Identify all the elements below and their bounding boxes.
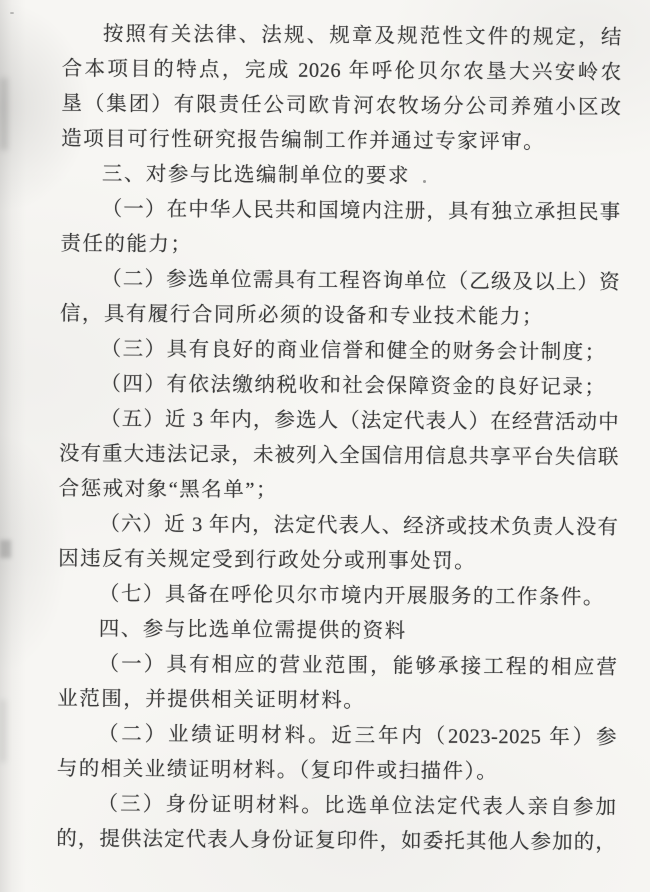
text-line: 业范围，并提供相关证明材料。 bbox=[57, 682, 617, 721]
paragraph: （五）近 3 年内，参选人（法定代表人）在经营活动中没有重大违法记录，未被列入全… bbox=[59, 402, 620, 511]
paragraph: （二）参选单位需具有工程咨询单位（乙级及以上）资信，具有履行合同所必须的设备和专… bbox=[60, 262, 620, 336]
text-line: （五）近 3 年内，参选人（法定代表人）在经营活动中 bbox=[59, 402, 619, 441]
text-line: 责任的能力； bbox=[60, 227, 620, 266]
scan-edge-smudge bbox=[0, 540, 11, 558]
paragraph: （三）身份证明材料。比选单位法定代表人亲自参加的，提供法定代表人身份证复印件，如… bbox=[56, 787, 616, 861]
section-heading: 四、参与比选单位需提供的资料 bbox=[58, 612, 618, 651]
text-line: 的，提供法定代表人身份证复印件，如委托其他人参加的， bbox=[56, 822, 616, 861]
text-line: 没有重大违法记录，未被列入全国信用信息共享平台失信联 bbox=[59, 437, 619, 476]
text-line: 因违反有关规定受到行政处分或刑事处罚。 bbox=[58, 542, 618, 581]
document-body: 按照有关法律、法规、规章及规范性文件的规定，结合本项目的特点，完成 2026 年… bbox=[56, 17, 622, 861]
text-line: 与的相关业绩证明材料。（复印件或扫描件）。 bbox=[57, 752, 617, 791]
text-line: （七）具备在呼伦贝尔市境内开展服务的工作条件。 bbox=[58, 577, 618, 616]
text-line: （四）有依法缴纳税收和社会保障资金的良好记录； bbox=[59, 367, 619, 406]
text-line: 合本项目的特点，完成 2026 年呼伦贝尔农垦大兴安岭农 bbox=[62, 52, 622, 91]
text-line: （一）在中华人民共和国境内注册，具有独立承担民事 bbox=[61, 192, 621, 231]
paragraph: （一）具有相应的营业范围，能够承接工程的相应营业范围，并提供相关证明材料。 bbox=[57, 647, 617, 721]
text-line: 合惩戒对象“黑名单”； bbox=[59, 472, 619, 511]
paragraph: （一）在中华人民共和国境内注册，具有独立承担民事责任的能力； bbox=[60, 192, 620, 266]
text-line: （三）身份证明材料。比选单位法定代表人亲自参加 bbox=[56, 787, 616, 826]
text-line: （二）参选单位需具有工程咨询单位（乙级及以上）资 bbox=[60, 262, 620, 301]
scan-edge-smudge bbox=[0, 78, 8, 150]
text-line: （六）近 3 年内，法定代表人、经济或技术负责人没有 bbox=[58, 507, 618, 546]
paragraph: （七）具备在呼伦贝尔市境内开展服务的工作条件。 bbox=[58, 577, 618, 616]
section-heading: 三、对参与比选编制单位的要求 bbox=[61, 157, 621, 196]
paragraph: （四）有依法缴纳税收和社会保障资金的良好记录； bbox=[59, 367, 619, 406]
text-line: 按照有关法律、法规、规章及规范性文件的规定，结 bbox=[62, 17, 622, 56]
text-line: （三）具有良好的商业信誉和健全的财务会计制度； bbox=[60, 332, 620, 371]
text-line: （一）具有相应的营业范围，能够承接工程的相应营 bbox=[57, 647, 617, 686]
paragraph: （二）业绩证明材料。近三年内（2023-2025 年）参与的相关业绩证明材料。（… bbox=[57, 717, 617, 791]
paragraph: 按照有关法律、法规、规章及规范性文件的规定，结合本项目的特点，完成 2026 年… bbox=[61, 17, 622, 161]
scanned-document-page: 按照有关法律、法规、规章及规范性文件的规定，结合本项目的特点，完成 2026 年… bbox=[0, 0, 650, 892]
text-line: 三、对参与比选编制单位的要求 bbox=[61, 157, 621, 196]
text-line: （二）业绩证明材料。近三年内（2023-2025 年）参 bbox=[57, 717, 617, 756]
paragraph: （六）近 3 年内，法定代表人、经济或技术负责人没有因违反有关规定受到行政处分或… bbox=[58, 507, 618, 581]
scan-edge-smudge bbox=[0, 700, 6, 762]
scan-speck bbox=[10, 12, 14, 14]
paragraph: （三）具有良好的商业信誉和健全的财务会计制度； bbox=[60, 332, 620, 371]
text-line: 垦（集团）有限责任公司欧肯河农牧场分公司养殖小区改 bbox=[61, 87, 621, 126]
text-line: 信，具有履行合同所必须的设备和专业技术能力； bbox=[60, 297, 620, 336]
text-line: 造项目可行性研究报告编制工作并通过专家评审。 bbox=[61, 122, 621, 161]
text-line: 四、参与比选单位需提供的资料 bbox=[58, 612, 618, 651]
